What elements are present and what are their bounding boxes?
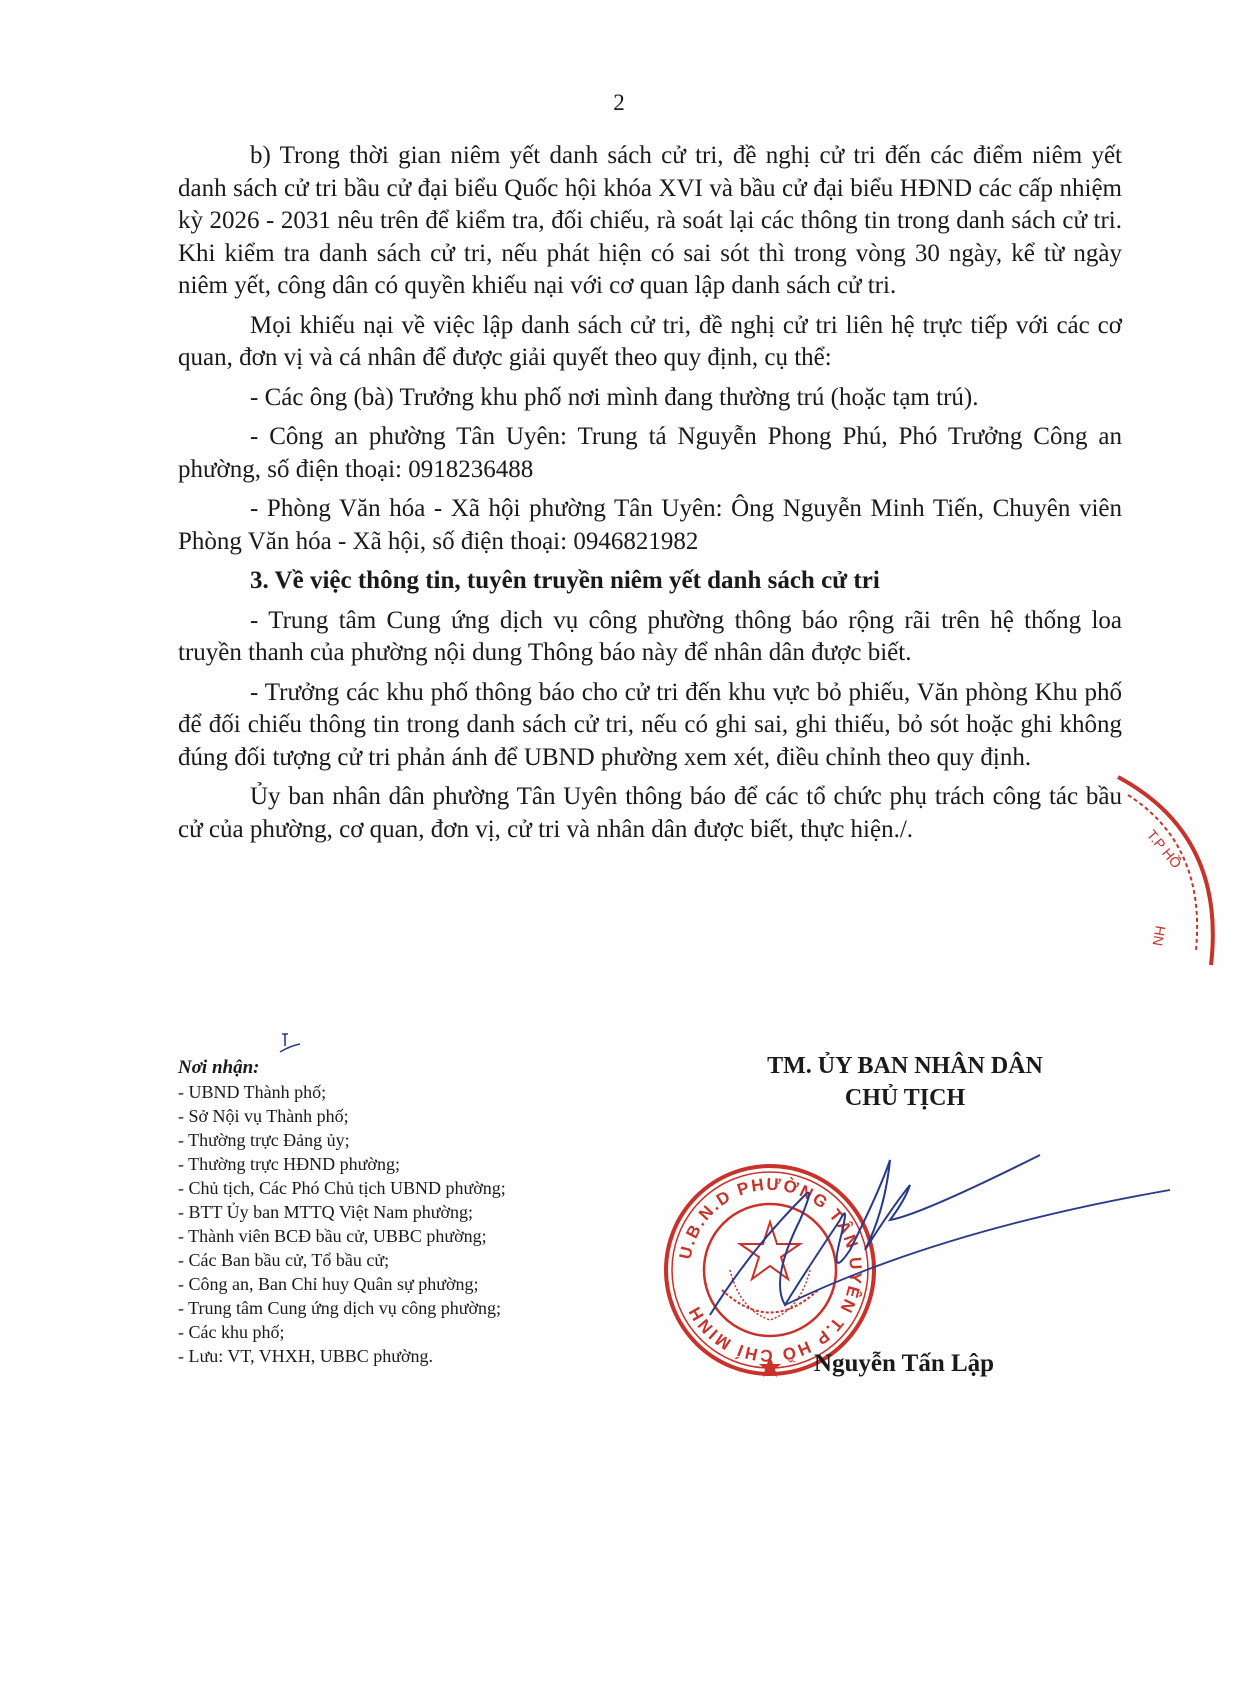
page-number: 2 [0,90,1238,116]
signature-authority: TM. ỦY BAN NHÂN DÂN [670,1050,1140,1082]
signature-position: CHỦ TỊCH [670,1082,1140,1114]
signatory-name: Nguyễn Tấn Lập [754,1350,1054,1378]
handwritten-signature-icon [690,1140,1180,1350]
recipient-item: - Sở Nội vụ Thành phố; [178,1104,618,1128]
recipient-item: - Trung tâm Cung ứng dịch vụ công phường… [178,1296,618,1320]
page-seal-edge-icon: T.P HỒ HN [1116,775,1236,975]
paragraph-closing: Ủy ban nhân dân phường Tân Uyên thông bá… [178,781,1122,846]
paragraph-broadcast: - Trung tâm Cung ứng dịch vụ công phường… [178,605,1122,670]
recipient-item: - Thành viên BCĐ bầu cử, UBBC phường; [178,1224,618,1248]
section-heading-3: 3. Về việc thông tin, tuyên truyền niêm … [178,565,1122,598]
svg-text:HN: HN [1150,924,1169,947]
paragraph-contact-culture-office: - Phòng Văn hóa - Xã hội phường Tân Uyên… [178,493,1122,558]
paragraph-contact-police: - Công an phường Tân Uyên: Trung tá Nguy… [178,421,1122,486]
recipients-title: Nơi nhận: [178,1056,618,1080]
signature-block: TM. ỦY BAN NHÂN DÂN CHỦ TỊCH Nguyễn Tấn … [670,1050,1140,1114]
recipient-item: - Các khu phố; [178,1320,618,1344]
paragraph-contact-block-leaders: - Các ông (bà) Trưởng khu phố nơi mình đ… [178,382,1122,415]
document-page: 2 b) Trong thời gian niêm yết danh sách … [0,0,1238,1701]
recipient-item: - BTT Ủy ban MTTQ Việt Nam phường; [178,1200,618,1224]
paragraph-block-leaders-notify: - Trưởng các khu phố thông báo cho cử tr… [178,677,1122,775]
recipient-item: - Các Ban bầu cử, Tổ bầu cử; [178,1248,618,1272]
recipient-item: - Lưu: VT, VHXH, UBBC phường. [178,1344,618,1368]
recipient-item: - Thường trực HĐND phường; [178,1152,618,1176]
recipient-item: - Chủ tịch, Các Phó Chủ tịch UBND phường… [178,1176,618,1200]
recipient-item: - Thường trực Đảng ủy; [178,1128,618,1152]
recipient-item: - UBND Thành phố; [178,1080,618,1104]
recipient-item: - Công an, Ban Chỉ huy Quân sự phường; [178,1272,618,1296]
document-body: b) Trong thời gian niêm yết danh sách cử… [178,140,1122,853]
paragraph-voter-list-review: b) Trong thời gian niêm yết danh sách cử… [178,140,1122,303]
paragraph-complaints: Mọi khiếu nại về việc lập danh sách cử t… [178,310,1122,375]
svg-text:T.P HỒ: T.P HỒ [1144,826,1186,871]
recipients-list: Nơi nhận: - UBND Thành phố; - Sở Nội vụ … [178,1056,618,1368]
